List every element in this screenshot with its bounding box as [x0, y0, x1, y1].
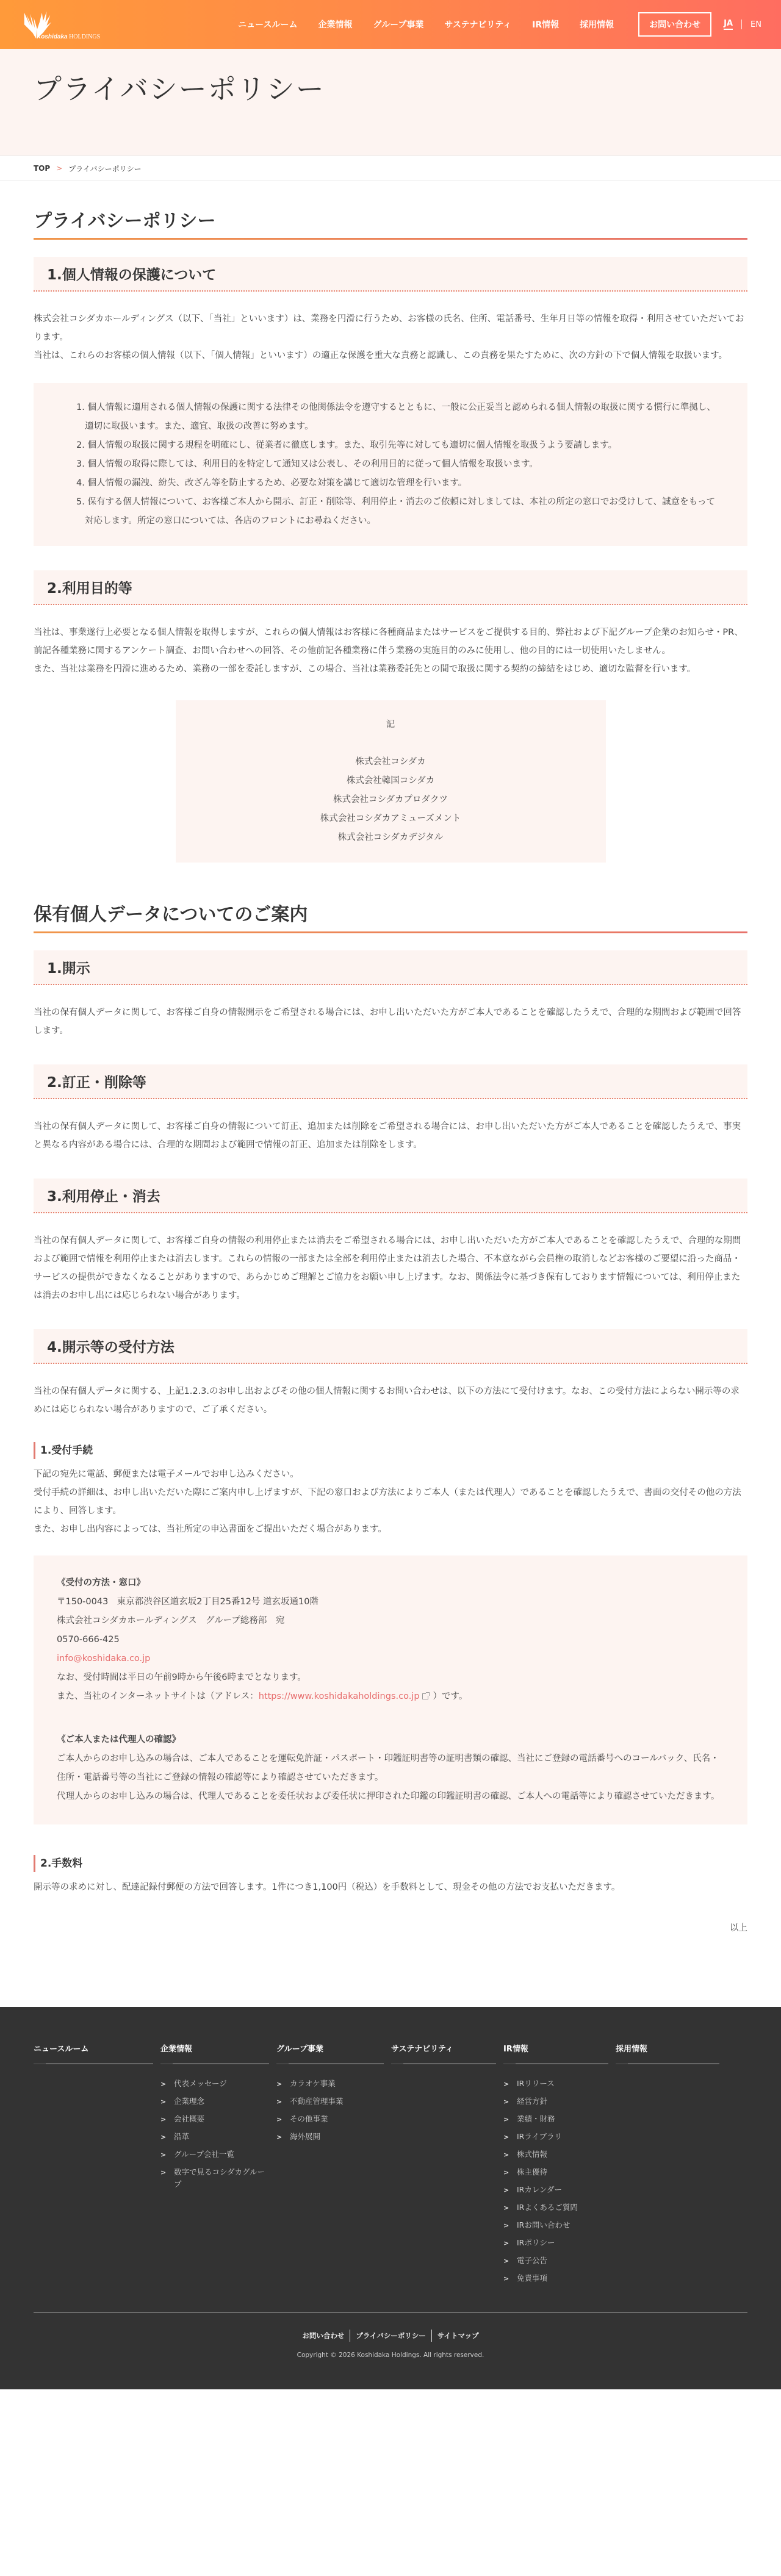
breadcrumb: TOP > プライバシーポリシー — [0, 156, 781, 181]
footer-col-sustainability: サステナビリティ — [391, 2042, 496, 2287]
footer-heading-corporate[interactable]: 企業情報 — [160, 2045, 192, 2054]
footer-link[interactable]: >不動産管理事業 — [276, 2093, 384, 2111]
paragraph: 受付手続の詳細は、お申し出いただいた際にご案内申し上げますが、下記の窓口および方… — [34, 1484, 747, 1520]
nav-group-business[interactable]: グループ事業 — [373, 18, 423, 30]
logo[interactable]: Koshidaka HOLDINGS — [20, 6, 105, 43]
footer-link[interactable]: >IRリリース — [503, 2075, 608, 2093]
footer-heading-sustainability[interactable]: サステナビリティ — [391, 2045, 453, 2054]
copyright: Copyright © 2026 Koshidaka Holdings. All… — [34, 2352, 747, 2359]
nav-sustainability[interactable]: サステナビリティ — [444, 18, 511, 30]
chevron-right-icon: > — [276, 2093, 290, 2111]
paragraph: 当社は、事業遂行上必要となる個人情報を取得しますが、これらの個人情報はお客様に各… — [34, 623, 747, 660]
paragraph: 当社の保有個人データに関して、お客様ご自身の情報開示をご希望される場合には、お申… — [34, 1003, 747, 1040]
footer-link[interactable]: >その他事業 — [276, 2111, 384, 2128]
group-companies-box: 記 株式会社コシダカ 株式会社韓国コシダカ 株式会社コシダカプロダクツ 株式会社… — [176, 700, 606, 863]
company-name: 株式会社コシダカデジタル — [176, 828, 606, 847]
chevron-right-icon: > — [160, 2164, 174, 2194]
footer-columns: ニュースルーム 企業情報 >代表メッセージ >企業理念 >会社概要 >沿革 >グ… — [34, 2042, 747, 2287]
paragraph: 当社の保有個人データに関する、上記1.2.3.のお申し出およびその他の個人情報に… — [34, 1382, 747, 1419]
footer-heading-recruit[interactable]: 採用情報 — [616, 2045, 647, 2054]
footer-link[interactable]: >経営方針 — [503, 2093, 608, 2111]
subsection-heading: 2.手数料 — [34, 1855, 747, 1872]
ki-label: 記 — [176, 716, 606, 734]
company-name: 株式会社コシダカ — [176, 753, 606, 772]
footer-link[interactable]: >電子公告 — [503, 2252, 608, 2270]
verify-label: 《ご本人または代理人の確認》 — [57, 1731, 723, 1749]
footer-privacy-link[interactable]: プライバシーポリシー — [356, 2331, 425, 2341]
chevron-right-icon: > — [503, 2252, 517, 2270]
company-name: 株式会社コシダカプロダクツ — [176, 791, 606, 809]
global-nav: ニュースルーム 企業情報 グループ事業 サステナビリティ IR情報 採用情報 お… — [217, 12, 761, 37]
closing-mark: 以上 — [34, 1921, 747, 2007]
footer-utility-links: お問い合わせ プライバシーポリシー サイトマップ — [34, 2330, 747, 2342]
list-item: 5. 保有する個人情報について、お客様ご本人から開示、訂正・削除等、利用停止・消… — [76, 493, 720, 531]
footer-col-newsroom: ニュースルーム — [34, 2042, 153, 2287]
chevron-right-icon: > — [503, 2111, 517, 2128]
contact-label: 《受付の方法・窓口》 — [57, 1574, 723, 1593]
chevron-right-icon: > — [160, 2075, 174, 2093]
chevron-right-icon: > — [276, 2111, 290, 2128]
footer-link[interactable]: >会社概要 — [160, 2111, 269, 2128]
footer-link[interactable]: >株主優待 — [503, 2164, 608, 2181]
chevron-right-icon: > — [503, 2199, 517, 2217]
paragraph: また、お申し出内容によっては、当社所定の申込書面をご提出いただく場合があります。 — [34, 1520, 747, 1538]
footer-link[interactable]: >IRライブラリ — [503, 2128, 608, 2146]
footer-col-ir: IR情報 >IRリリース >経営方針 >業績・財務 >IRライブラリ >株式情報… — [503, 2042, 608, 2287]
nav-corporate[interactable]: 企業情報 — [318, 18, 352, 30]
lang-en[interactable]: EN — [750, 20, 761, 29]
footer-link[interactable]: >グループ会社一覧 — [160, 2146, 269, 2164]
policy-list: 1. 個人情報に適用される個人情報の保護に関する法律その他関係法令を遵守するとと… — [76, 398, 720, 531]
company-name: 株式会社韓国コシダカ — [176, 772, 606, 791]
footer-link[interactable]: >IRよくあるご質問 — [503, 2199, 608, 2217]
footer-heading-newsroom[interactable]: ニュースルーム — [34, 2045, 88, 2054]
divider — [431, 2330, 432, 2342]
external-link-icon — [422, 1693, 428, 1699]
policy-title: プライバシーポリシー — [34, 206, 747, 237]
data-guide-title: 保有個人データについてのご案内 — [34, 899, 747, 931]
lang-ja[interactable]: JA — [724, 19, 733, 30]
site-link[interactable]: https://www.koshidakaholdings.co.jp — [259, 1692, 420, 1701]
footer-link[interactable]: >数字で見るコシダカグループ — [160, 2164, 269, 2194]
footer-link[interactable]: >IRポリシー — [503, 2234, 608, 2252]
footer-link[interactable]: >企業理念 — [160, 2093, 269, 2111]
chevron-right-icon: > — [160, 2111, 174, 2128]
chevron-right-icon: > — [503, 2128, 517, 2146]
footer-col-group: グループ事業 >カラオケ事業 >不動産管理事業 >その他事業 >海外展開 — [276, 2042, 384, 2287]
list-item: 4. 個人情報の漏洩、紛失、改ざん等を防止するため、必要な対策を講じて適切な管理… — [76, 474, 720, 493]
footer-heading-group[interactable]: グループ事業 — [276, 2045, 323, 2054]
phone-number: 0570-666-425 — [57, 1631, 723, 1649]
section-heading: 2.利用目的等 — [34, 570, 747, 605]
footer-link[interactable]: >カラオケ事業 — [276, 2075, 384, 2093]
footer-link[interactable]: >株式情報 — [503, 2146, 608, 2164]
chevron-right-icon: > — [276, 2075, 290, 2093]
chevron-right-icon: > — [503, 2093, 517, 2111]
section-heading: 1.個人情報の保護について — [34, 257, 747, 292]
section-heading: 2.訂正・削除等 — [34, 1064, 747, 1099]
subsection-heading: 1.受付手続 — [34, 1442, 747, 1459]
footer-heading-ir[interactable]: IR情報 — [503, 2045, 528, 2054]
breadcrumb-separator: > — [56, 164, 62, 173]
divider — [350, 2330, 350, 2342]
footer-bottom: お問い合わせ プライバシーポリシー サイトマップ Copyright © 202… — [34, 2312, 747, 2389]
section-heading: 1.開示 — [34, 950, 747, 985]
site-line: また、当社のインターネットサイトは（アドレス：https://www.koshi… — [57, 1687, 723, 1706]
contact-button[interactable]: お問い合わせ — [638, 12, 711, 37]
chevron-right-icon: > — [503, 2217, 517, 2234]
chevron-right-icon: > — [503, 2075, 517, 2093]
company-name: 株式会社コシダカアミューズメント — [176, 809, 606, 828]
breadcrumb-current: プライバシーポリシー — [68, 163, 141, 174]
section-heading: 4.開示等の受付方法 — [34, 1329, 747, 1364]
main-content: プライバシーポリシー 1.個人情報の保護について 株式会社コシダカホールディング… — [34, 181, 747, 2007]
chevron-right-icon: > — [160, 2128, 174, 2146]
footer-contact-link[interactable]: お問い合わせ — [302, 2331, 344, 2341]
language-switcher: JA EN — [724, 19, 761, 30]
paragraph: 当社は、これらのお客様の個人情報（以下、「個人情報」といいます）の適正な保護を重… — [34, 346, 747, 365]
paragraph: 株式会社コシダカホールディングス（以下、「当社」といいます）は、業務を円滑に行う… — [34, 310, 747, 346]
paragraph: 当社の保有個人データに関して、お客様ご自身の情報の利用停止または消去をご希望され… — [34, 1232, 747, 1305]
nav-recruit[interactable]: 採用情報 — [580, 18, 614, 30]
chevron-right-icon: > — [503, 2181, 517, 2199]
paragraph: また、当社は業務を円滑に進めるため、業務の一部を委託しますが、この場合、当社は業… — [34, 660, 747, 678]
chevron-right-icon: > — [503, 2146, 517, 2164]
breadcrumb-top[interactable]: TOP — [34, 164, 50, 173]
page-hero: プライバシーポリシー — [0, 49, 781, 156]
contact-info-box: 《受付の方法・窓口》 〒150-0043 東京都渋谷区道玄坂2丁目25番12号 … — [34, 1555, 747, 1824]
section-heading: 3.利用停止・消去 — [34, 1179, 747, 1213]
list-item: 1. 個人情報に適用される個人情報の保護に関する法律その他関係法令を遵守するとと… — [76, 398, 720, 436]
list-item: 3. 個人情報の取得に際しては、利用目的を特定して通知又は公表し、その利用目的に… — [76, 455, 720, 474]
footer-link[interactable]: >海外展開 — [276, 2128, 384, 2146]
address: 〒150-0043 東京都渋谷区道玄坂2丁目25番12号 道玄坂通10階 — [57, 1593, 723, 1612]
chevron-right-icon: > — [276, 2128, 290, 2146]
list-item: 2. 個人情報の取扱に関する規程を明確にし、従業者に徹底します。また、取引先等に… — [76, 436, 720, 455]
page-title: プライバシーポリシー — [34, 67, 325, 107]
nav-ir[interactable]: IR情報 — [532, 18, 559, 30]
site-header: Koshidaka HOLDINGS ニュースルーム 企業情報 グループ事業 サ… — [0, 0, 781, 49]
footer-link[interactable]: >代表メッセージ — [160, 2075, 269, 2093]
footer-link[interactable]: >業績・財務 — [503, 2111, 608, 2128]
verify-self: ご本人からのお申し込みの場合は、ご本人であることを運転免許証・パスポート・印鑑証… — [57, 1749, 723, 1787]
chevron-right-icon: > — [503, 2234, 517, 2252]
paragraph: 開示等の求めに対し、配達記録付郵便の方法で回答します。1件につき1,100円（税… — [34, 1878, 747, 1896]
site-footer: ニュースルーム 企業情報 >代表メッセージ >企業理念 >会社概要 >沿革 >グ… — [0, 2007, 781, 2389]
policy-list-box: 1. 個人情報に適用される個人情報の保護に関する法律その他関係法令を遵守するとと… — [34, 383, 747, 546]
footer-col-recruit: 採用情報 — [616, 2042, 719, 2287]
email-link[interactable]: info@koshidaka.co.jp — [57, 1654, 150, 1663]
chevron-right-icon: > — [160, 2146, 174, 2164]
logo-text: Koshidaka HOLDINGS — [37, 34, 100, 40]
verify-agent: 代理人からのお申し込みの場合は、代理人であることを委任状および委任状に押印された… — [57, 1787, 723, 1806]
footer-link[interactable]: >IRカレンダー — [503, 2181, 608, 2199]
footer-link[interactable]: >免責事項 — [503, 2270, 608, 2287]
lang-divider — [741, 20, 742, 29]
chevron-right-icon: > — [160, 2093, 174, 2111]
footer-link[interactable]: >沿革 — [160, 2128, 269, 2146]
recipient: 株式会社コシダカホールディングス グループ総務部 宛 — [57, 1612, 723, 1631]
chevron-right-icon: > — [503, 2164, 517, 2181]
paragraph: 下記の宛先に電話、郵便または電子メールでお申し込みください。 — [34, 1465, 747, 1484]
footer-col-corporate: 企業情報 >代表メッセージ >企業理念 >会社概要 >沿革 >グループ会社一覧 … — [160, 2042, 269, 2287]
paragraph: 当社の保有個人データに関して、お客様ご自身の情報について訂正、追加または削除をご… — [34, 1118, 747, 1154]
nav-newsroom[interactable]: ニュースルーム — [238, 18, 297, 30]
chevron-right-icon: > — [503, 2270, 517, 2287]
footer-sitemap-link[interactable]: サイトマップ — [437, 2331, 479, 2341]
footer-link[interactable]: >IRお問い合わせ — [503, 2217, 608, 2234]
hours: なお、受付時間は平日の午前9時から午後6時までとなります。 — [57, 1668, 723, 1687]
